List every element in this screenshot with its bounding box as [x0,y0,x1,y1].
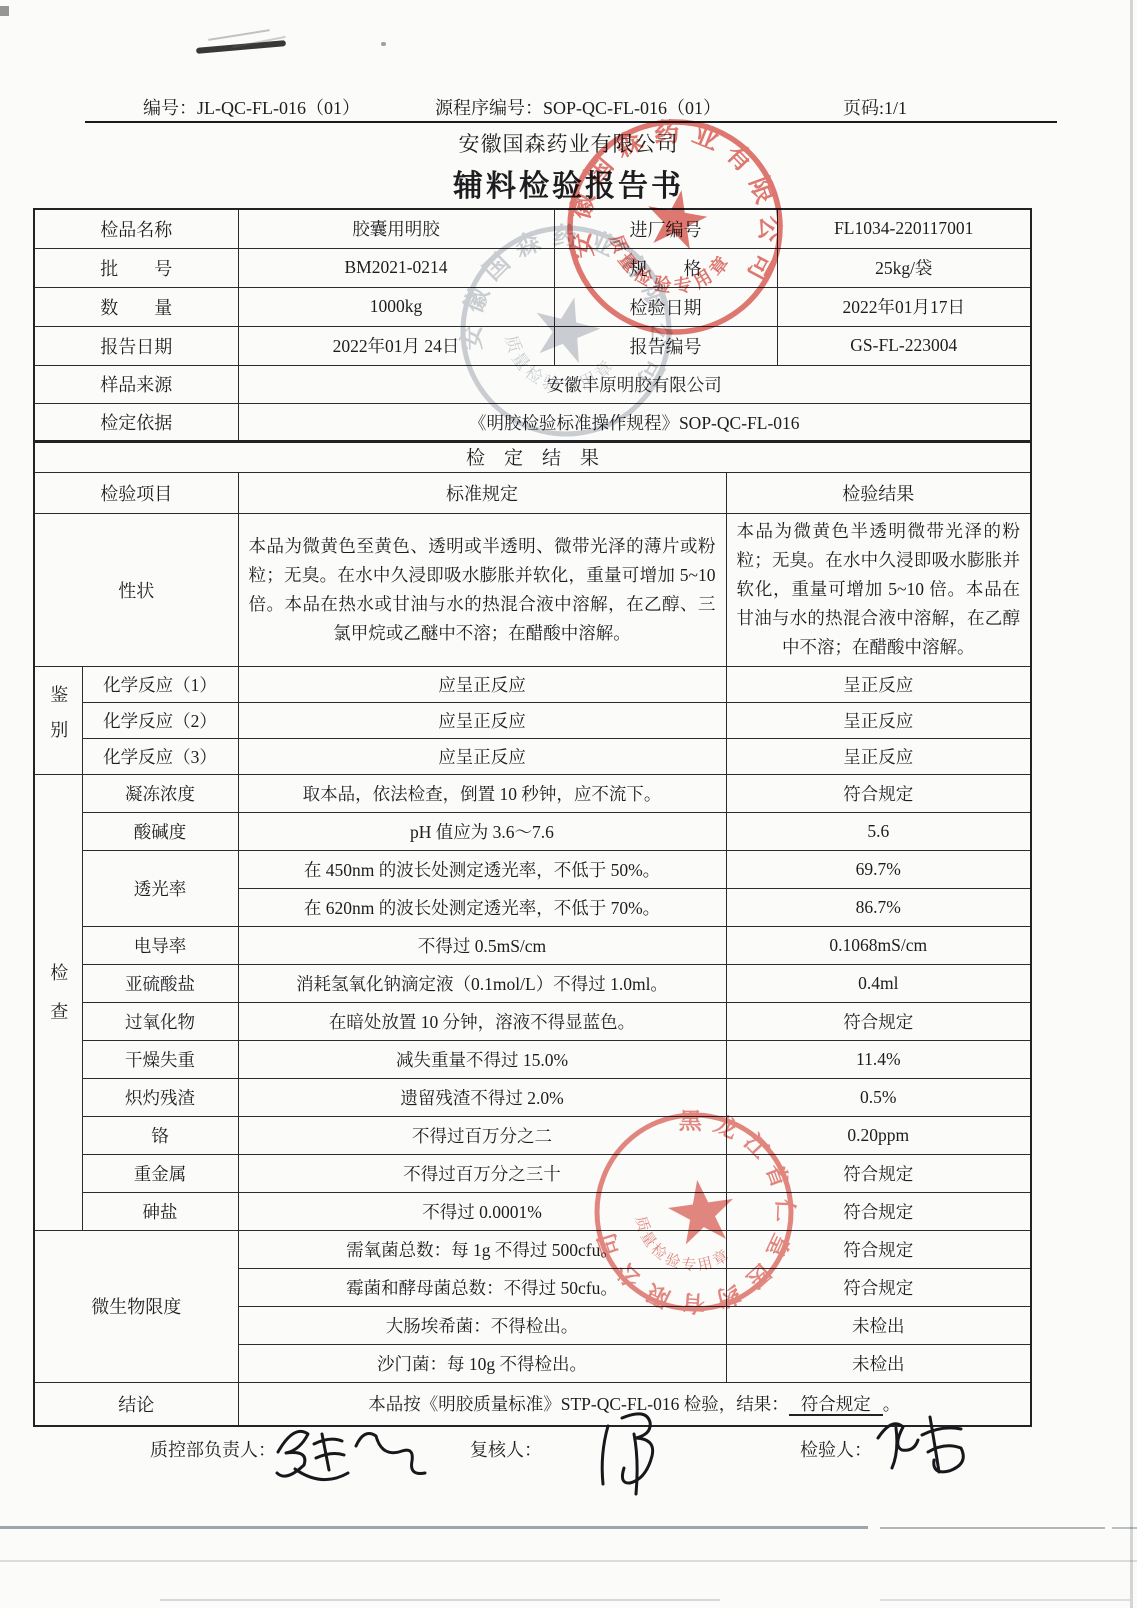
table-row: 检定依据 《明胶检验标准操作规程》SOP-QC-FL-016 [34,403,1031,442]
page-number: 页码:1/1 [843,94,907,120]
field-label: 数 量 [34,287,238,326]
standard-text: 在暗处放置 10 分钟，溶液不得显蓝色。 [238,1002,726,1040]
scan-smudge [196,40,286,54]
table-row: 检品名称 胶囊用明胶 进厂编号 FL1034-220117001 [34,209,1031,248]
item-label: 化学反应（3） [82,738,238,774]
result-text: 符合规定 [726,1268,1031,1306]
column-header-result: 检验结果 [726,472,1031,513]
result-text: 呈正反应 [726,738,1031,774]
column-header-item: 检验项目 [34,472,238,513]
standard-text: 应呈正反应 [238,702,726,738]
item-label: 透光率 [82,850,238,926]
standard-text: 消耗氢氧化钠滴定液（0.1mol/L）不得过 1.0ml。 [238,964,726,1002]
item-label: 化学反应（2） [82,702,238,738]
page-title: 辅料检验报告书 [0,161,1137,205]
result-text: 符合规定 [726,774,1031,812]
field-label: 样品来源 [34,365,238,403]
table-row: 透光率 在 450nm 的波长处测定透光率，不低于 50%。 69.7% [34,850,1031,888]
source-number: 源程序编号：SOP-QC-FL-016（01） [435,94,721,120]
column-header-standard: 标准规定 [238,472,726,513]
field-label: 报告日期 [34,326,238,365]
standard-text: 需氧菌总数：每 1g 不得过 500cfu。 [238,1230,726,1268]
results-section-title: 检 定 结 果 [34,441,1031,472]
result-text: 符合规定 [726,1192,1031,1230]
table-row: 炽灼残渣 遗留残渣不得过 2.0% 0.5% [34,1078,1031,1116]
table-row: 亚硫酸盐 消耗氢氧化钠滴定液（0.1mol/L）不得过 1.0ml。 0.4ml [34,964,1031,1002]
reviewer-signature [588,1404,688,1509]
field-value: 《明胶检验标准操作规程》SOP-QC-FL-016 [238,403,1031,442]
page-number-value: 1/1 [884,98,907,118]
item-label: 重金属 [82,1154,238,1192]
inspector-signature [868,1402,988,1497]
field-value: GS-FL-223004 [777,326,1031,365]
standard-text: 不得过 0.5mS/cm [238,926,726,964]
table-row: 化学反应（3） 应呈正反应 呈正反应 [34,738,1031,774]
scan-line [880,1527,1105,1529]
table-row: 砷盐 不得过 0.0001% 符合规定 [34,1192,1031,1230]
table-row: 干燥失重 减失重量不得过 15.0% 11.4% [34,1040,1031,1078]
field-value: 安徽丰原明胶有限公司 [238,365,1031,403]
result-text: 0.1068mS/cm [726,926,1031,964]
item-label: 砷盐 [82,1192,238,1230]
qc-manager-label: 质控部负责人： [150,1436,276,1462]
standard-text: 霉菌和酵母菌总数：不得过 50cfu。 [238,1268,726,1306]
field-value: 2022年01月17日 [777,287,1031,326]
table-row: 电导率 不得过 0.5mS/cm 0.1068mS/cm [34,926,1031,964]
table-row: 检 定 结 果 [34,441,1031,472]
standard-text: 减失重量不得过 15.0% [238,1040,726,1078]
field-label: 规 格 [554,248,777,287]
table-row: 化学反应（2） 应呈正反应 呈正反应 [34,702,1031,738]
table-row: 性状 本品为微黄色至黄色、透明或半透明、微带光泽的薄片或粉粒；无臭。在水中久浸即… [34,513,1031,666]
scan-line [880,1599,1130,1601]
doc-number-label: 编号： [143,98,197,118]
field-label: 检验日期 [554,287,777,326]
result-text: 0.20ppm [726,1116,1031,1154]
table-row: 批 号 BM2021-0214 规 格 25kg/袋 [34,248,1031,287]
standard-text: pH 值应为 3.6～7.6 [238,812,726,850]
item-label: 性状 [34,513,238,666]
result-text: 未检出 [726,1306,1031,1344]
item-label: 铬 [82,1116,238,1154]
table-row: 检查 凝冻浓度 取本品，依法检查，倒置 10 秒钟，应不流下。 符合规定 [34,774,1031,812]
field-label: 检品名称 [34,209,238,248]
group-label-tests: 检查 [34,774,82,1230]
result-text: 符合规定 [726,1230,1031,1268]
header-rule [85,121,1057,123]
item-label: 亚硫酸盐 [82,964,238,1002]
result-text: 11.4% [726,1040,1031,1078]
standard-text: 在 450nm 的波长处测定透光率，不低于 50%。 [238,850,726,888]
table-row: 过氧化物 在暗处放置 10 分钟，溶液不得显蓝色。 符合规定 [34,1002,1031,1040]
standard-text: 不得过 0.0001% [238,1192,726,1230]
standard-text: 不得过百万分之三十 [238,1154,726,1192]
table-row: 微生物限度 需氧菌总数：每 1g 不得过 500cfu。 符合规定 [34,1230,1031,1268]
table-row: 鉴别 化学反应（1） 应呈正反应 呈正反应 [34,666,1031,702]
source-number-label: 源程序编号： [435,98,543,118]
company-name: 安徽国森药业有限公司 [0,128,1137,158]
field-value: 25kg/袋 [777,248,1031,287]
reviewer-label: 复核人： [470,1436,542,1462]
scan-line [0,1526,868,1529]
standard-text: 应呈正反应 [238,738,726,774]
result-text: 5.6 [726,812,1031,850]
standard-text: 本品为微黄色至黄色、透明或半透明、微带光泽的薄片或粉粒；无臭。在水中久浸即吸水膨… [238,513,726,666]
table-row: 铬 不得过百万分之二 0.20ppm [34,1116,1031,1154]
scan-corner-mark [0,6,9,16]
result-text: 符合规定 [726,1002,1031,1040]
field-value: 1000kg [238,287,554,326]
item-label: 凝冻浓度 [82,774,238,812]
standard-text: 大肠埃希菌：不得检出。 [238,1306,726,1344]
source-number-value: SOP-QC-FL-016（01） [543,98,721,118]
result-text: 符合规定 [726,1154,1031,1192]
field-label: 进厂编号 [554,209,777,248]
field-label: 报告编号 [554,326,777,365]
conclusion-before: 本品按《明胶质量标准》STP-QC-FL-016 检验，结果： [368,1394,789,1414]
scan-line [160,1599,720,1601]
standard-text: 取本品，依法检查，倒置 10 秒钟，应不流下。 [238,774,726,812]
table-row: 检验项目 标准规定 检验结果 [34,472,1031,513]
standard-text: 在 620nm 的波长处测定透光率，不低于 70%。 [238,888,726,926]
result-text: 86.7% [726,888,1031,926]
item-label: 电导率 [82,926,238,964]
inspector-label: 检验人： [800,1436,872,1462]
standard-text: 遗留残渣不得过 2.0% [238,1078,726,1116]
inspection-report-page: 编号：JL-QC-FL-016（01） 源程序编号：SOP-QC-FL-016（… [0,0,1137,1608]
result-text: 0.5% [726,1078,1031,1116]
doc-number: 编号：JL-QC-FL-016（01） [143,94,360,120]
page-number-label: 页码: [843,98,884,118]
standard-text: 沙门菌：每 10g 不得检出。 [238,1344,726,1382]
field-value: BM2021-0214 [238,248,554,287]
group-label-identification: 鉴别 [34,666,82,774]
result-text: 未检出 [726,1344,1031,1382]
standard-text: 不得过百万分之二 [238,1116,726,1154]
item-label: 干燥失重 [82,1040,238,1078]
table-row: 数 量 1000kg 检验日期 2022年01月17日 [34,287,1031,326]
result-text: 本品为微黄色半透明微带光泽的粉粒；无臭。在水中久浸即吸水膨胀并软化，重量可增加 … [726,513,1031,666]
result-text: 0.4ml [726,964,1031,1002]
table-row: 样品来源 安徽丰原明胶有限公司 [34,365,1031,403]
sample-info-table: 检品名称 胶囊用明胶 进厂编号 FL1034-220117001 批 号 BM2… [33,208,1032,443]
result-text: 呈正反应 [726,666,1031,702]
scan-dot [381,42,386,46]
table-row: 酸碱度 pH 值应为 3.6～7.6 5.6 [34,812,1031,850]
field-label: 检定依据 [34,403,238,442]
scan-right-edge [1130,0,1133,1608]
table-row: 重金属 不得过百万分之三十 符合规定 [34,1154,1031,1192]
item-label: 化学反应（1） [82,666,238,702]
field-label: 批 号 [34,248,238,287]
field-value: 胶囊用明胶 [238,209,554,248]
standard-text: 应呈正反应 [238,666,726,702]
scan-line [0,1560,1137,1562]
field-value: FL1034-220117001 [777,209,1031,248]
scan-line [1112,1527,1137,1529]
result-text: 呈正反应 [726,702,1031,738]
doc-number-value: JL-QC-FL-016（01） [197,98,360,118]
item-label: 炽灼残渣 [82,1078,238,1116]
field-value: 2022年01月 24日 [238,326,554,365]
conclusion-label: 结论 [34,1382,238,1426]
results-table: 检 定 结 果 检验项目 标准规定 检验结果 性状 本品为微黄色至黄色、透明或半… [33,440,1032,1427]
scan-scratch [208,29,270,41]
item-label: 过氧化物 [82,1002,238,1040]
item-label: 酸碱度 [82,812,238,850]
qc-manager-signature [262,1416,442,1511]
group-label-microbial: 微生物限度 [34,1230,238,1382]
result-text: 69.7% [726,850,1031,888]
table-row: 报告日期 2022年01月 24日 报告编号 GS-FL-223004 [34,326,1031,365]
